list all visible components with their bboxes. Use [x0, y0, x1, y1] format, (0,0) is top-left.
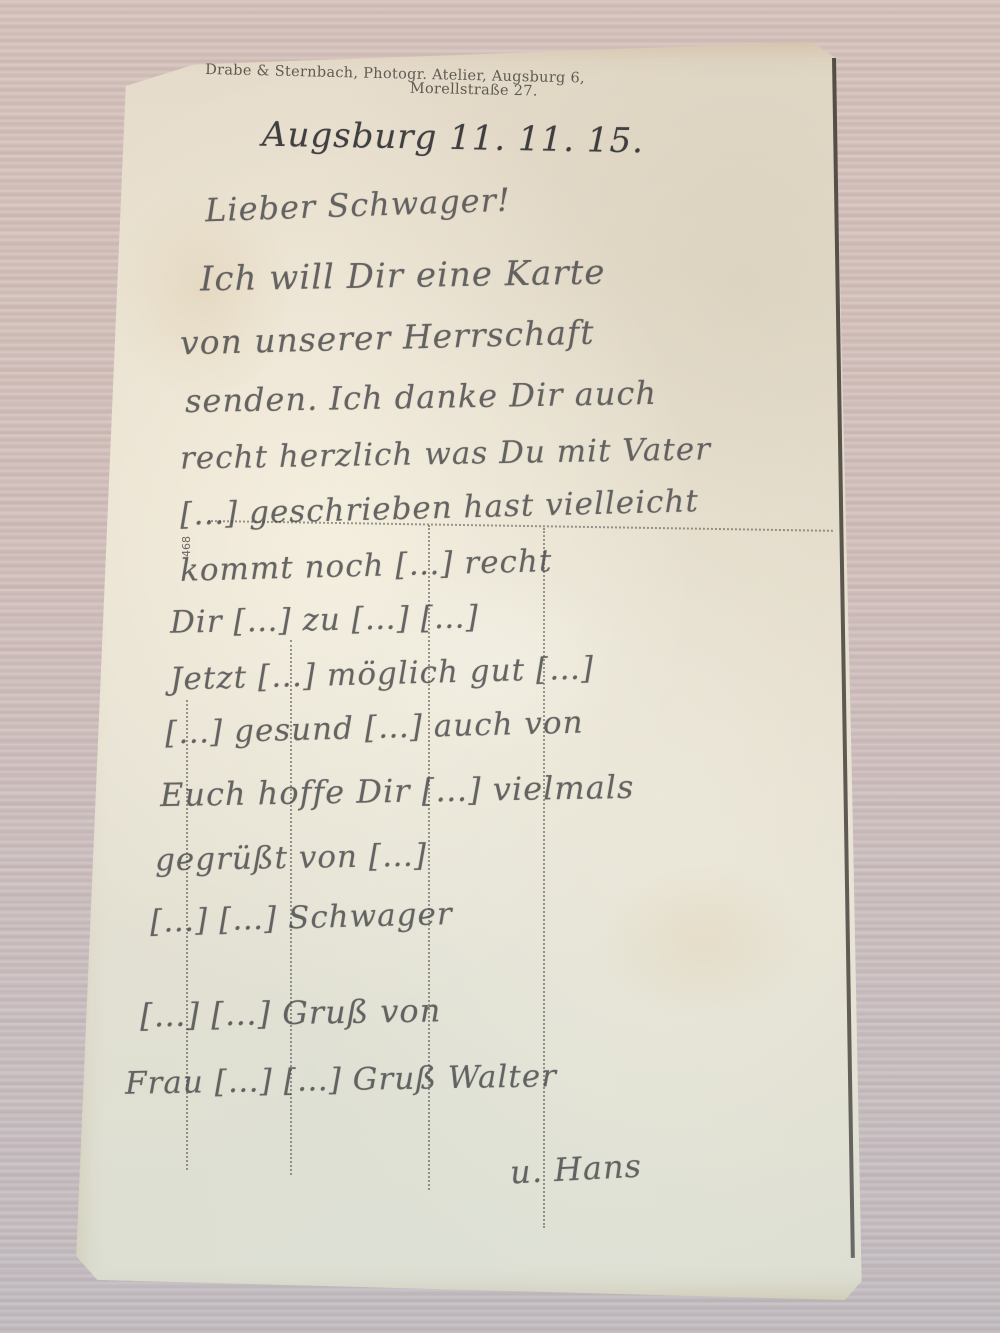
letter-line: Dir […] zu […] […]	[170, 599, 479, 640]
letter-line: […] […] Gruß von	[140, 991, 442, 1034]
dotted-divider-vertical	[543, 528, 545, 1228]
letter-line: Ich will Dir eine Karte	[200, 252, 606, 299]
letter-line: Frau […] […] Gruß Walter	[125, 1058, 558, 1102]
letter-line: gegrüßt von […]	[155, 838, 428, 879]
place-date: Augsburg 11. 11. 15.	[262, 115, 645, 162]
signature: u. Hans	[509, 1147, 643, 1192]
age-stain	[592, 862, 812, 1022]
